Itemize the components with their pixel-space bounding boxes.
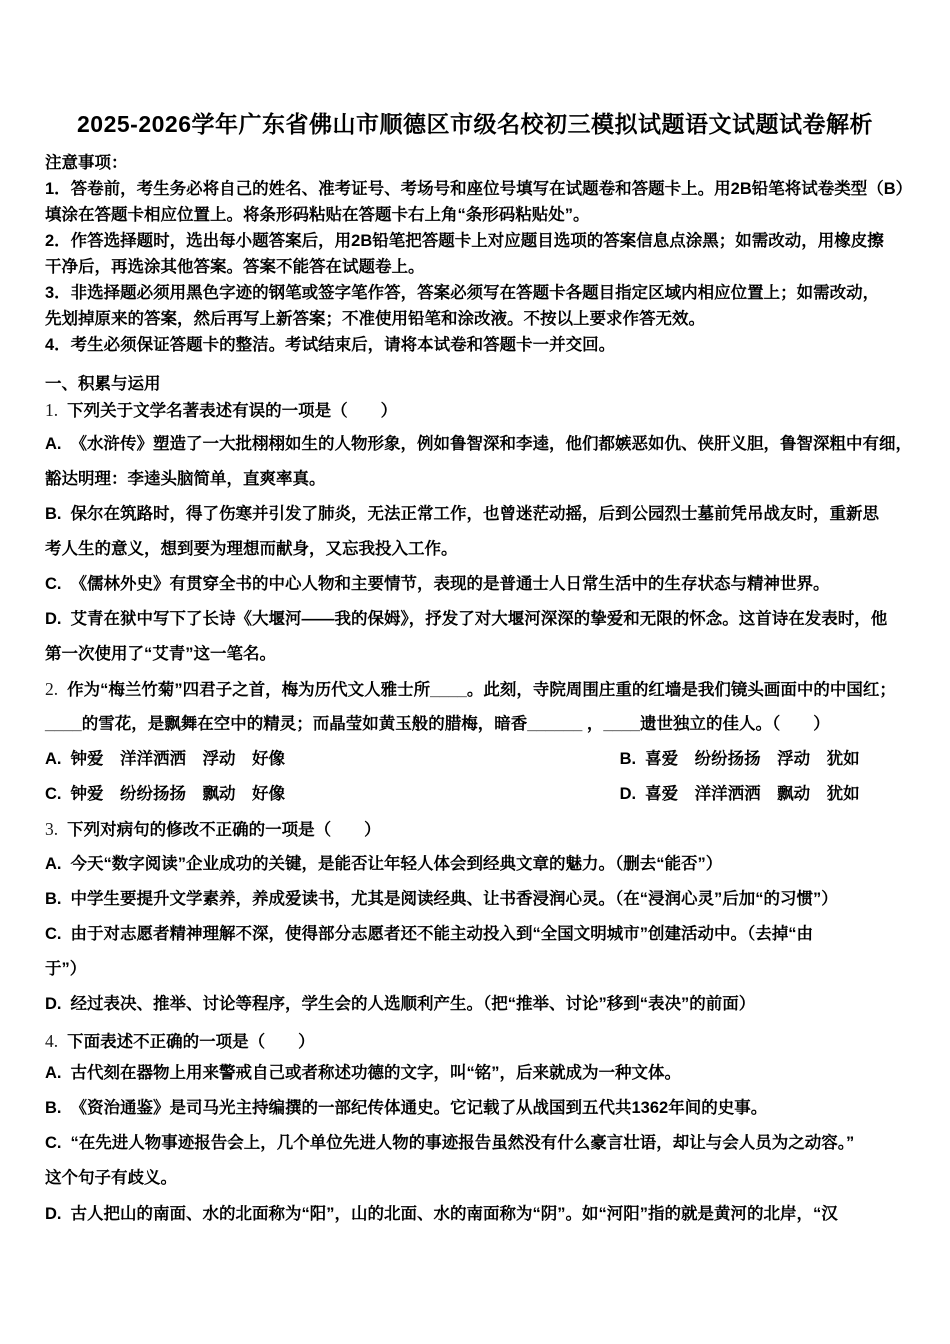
- q4-option-c-cont: 这个句子有歧义。: [45, 1167, 913, 1189]
- q4-option-b: B.《资治通鉴》是司马光主持编撰的一部纪传体通史。它记载了从战国到五代共1362…: [45, 1097, 913, 1119]
- q4-option-c-tag: C.: [45, 1132, 62, 1154]
- exam-title: 2025-2026学年广东省佛山市顺德区市级名校初三模拟试题语文试题试卷解析: [0, 106, 950, 139]
- q3-option-c-tag: C.: [45, 923, 62, 945]
- question-3-stem-text: 下列对病句的修改不正确的一项是（ ）: [67, 821, 381, 839]
- q2-option-d-tag: D.: [620, 783, 637, 805]
- notice-heading: 注意事项：: [45, 152, 913, 174]
- q4-option-a: A.古代刻在器物上用来警戒自己或者称述功德的文字，叫“铭”，后来就成为一种文体。: [45, 1062, 913, 1084]
- q2-option-b-text: 喜爱 纷纷扬扬 浮动 犹如: [645, 750, 860, 768]
- q1-option-b: B.保尔在筑路时，得了伤寒并引发了肺炎，无法正常工作，也曾迷茫动摇，后到公园烈士…: [45, 503, 913, 525]
- q1-option-a-text: 《水浒传》塑造了一大批栩栩如生的人物形象，例如鲁智深和李逵，他们都嫉恶如仇、侠肝…: [71, 435, 913, 453]
- section-heading: 一、积累与运用: [45, 373, 913, 395]
- notice-line-2: 填涂在答题卡相应位置上。将条形码粘贴在答题卡右上角“条形码粘贴处”。: [45, 204, 913, 226]
- q1-option-d: D.艾青在狱中写下了长诗《大堰河——我的保姆》，抒发了对大堰河深深的挚爱和无限的…: [45, 608, 913, 630]
- question-4-number: 4.: [45, 1030, 58, 1052]
- q1-option-d-tag: D.: [45, 608, 62, 630]
- notice-line-4: 干净后，再选涂其他答案。答案不能答在试题卷上。: [45, 256, 913, 278]
- q2-options-row-2: C.钟爱 纷纷扬扬 飘动 好像 D.喜爱 洋洋洒洒 飘动 犹如: [45, 783, 913, 805]
- q1-option-c-text: 《儒林外史》有贯穿全书的中心人物和主要情节，表现的是普通士人日常生活中的生存状态…: [71, 575, 830, 593]
- q3-option-b-text: 中学生要提升文学素养，养成爱读书，尤其是阅读经典、让书香浸润心灵。（在“浸润心灵…: [71, 890, 838, 908]
- q4-option-a-text: 古代刻在器物上用来警戒自己或者称述功德的文字，叫“铭”，后来就成为一种文体。: [71, 1064, 682, 1082]
- q3-option-c-cont: 于”）: [45, 958, 913, 980]
- notice-line-3: 2．作答选择题时，选出每小题答案后，用2B铅笔把答题卡上对应题目选项的答案信息点…: [45, 230, 913, 252]
- notice-line-5: 3．非选择题必须用黑色字迹的钢笔或签字笔作答，答案必须写在答题卡各题目指定区域内…: [45, 282, 913, 304]
- q2-option-d-text: 喜爱 洋洋洒洒 飘动 犹如: [645, 785, 860, 803]
- q3-option-d-text: 经过表决、推举、讨论等程序，学生会的人选顺利产生。（把“推举、讨论”移到“表决”…: [71, 995, 756, 1013]
- q3-option-a-text: 今天“数字阅读”企业成功的关键，是能否让年轻人体会到经典文章的魅力。（删去“能否…: [71, 855, 723, 873]
- q1-option-b-tag: B.: [45, 503, 62, 525]
- q4-option-b-tag: B.: [45, 1097, 62, 1119]
- question-4-stem: 4.下面表述不正确的一项是（ ）: [45, 1030, 913, 1053]
- q2-option-d: D.喜爱 洋洋洒洒 飘动 犹如: [620, 783, 860, 805]
- q2-option-a-tag: A.: [45, 748, 62, 770]
- q1-option-b-text: 保尔在筑路时，得了伤寒并引发了肺炎，无法正常工作，也曾迷茫动摇，后到公园烈士墓前…: [71, 505, 880, 523]
- q4-option-b-text: 《资治通鉴》是司马光主持编撰的一部纪传体通史。它记载了从战国到五代共1362年间…: [71, 1099, 768, 1117]
- q4-option-c-text: “在先进人物事迹报告会上，几个单位先进人物的事迹报告虽然没有什么豪言壮语，却让与…: [71, 1134, 855, 1152]
- q2-options-row-1: A.钟爱 洋洋洒洒 浮动 好像 B.喜爱 纷纷扬扬 浮动 犹如: [45, 748, 913, 770]
- notice-line-1: 1．答卷前，考生务必将自己的姓名、准考证号、考场号和座位号填写在试题卷和答题卡上…: [45, 178, 913, 200]
- exam-paper-page: 2025-2026学年广东省佛山市顺德区市级名校初三模拟试题语文试题试卷解析 注…: [0, 0, 950, 1344]
- q1-option-a: A.《水浒传》塑造了一大批栩栩如生的人物形象，例如鲁智深和李逵，他们都嫉恶如仇、…: [45, 433, 913, 455]
- q3-option-a-tag: A.: [45, 853, 62, 875]
- q3-option-c-text: 由于对志愿者精神理解不深，使得部分志愿者还不能主动投入到“全国文明城市”创建活动…: [71, 925, 814, 943]
- q3-option-a: A.今天“数字阅读”企业成功的关键，是能否让年轻人体会到经典文章的魅力。（删去“…: [45, 853, 913, 875]
- question-3-number: 3.: [45, 818, 58, 840]
- question-2-number: 2.: [45, 678, 58, 700]
- question-1-stem-text: 下列关于文学名著表述有误的一项是（ ）: [67, 402, 397, 420]
- q2-option-b-tag: B.: [620, 748, 637, 770]
- q1-option-a-cont: 豁达明理：李逵头脑简单，直爽率真。: [45, 468, 913, 490]
- q4-option-d: D.古人把山的南面、水的北面称为“阳”，山的北面、水的南面称为“阴”。如“河阳”…: [45, 1203, 913, 1225]
- notice-line-7: 4．考生必须保证答题卡的整洁。考试结束后，请将本试卷和答题卡一并交回。: [45, 334, 913, 356]
- question-1-stem: 1.下列关于文学名著表述有误的一项是（ ）: [45, 399, 913, 422]
- q2-option-c-text: 钟爱 纷纷扬扬 飘动 好像: [71, 785, 286, 803]
- question-2-stem-text: 作为“梅兰竹菊”四君子之首，梅为历代文人雅士所____。此刻，寺院周围庄重的红墙…: [67, 681, 896, 699]
- q2-option-a: A.钟爱 洋洋洒洒 浮动 好像: [45, 748, 285, 770]
- q4-option-d-text: 古人把山的南面、水的北面称为“阳”，山的北面、水的南面称为“阴”。如“河阳”指的…: [71, 1205, 838, 1223]
- question-4-stem-text: 下面表述不正确的一项是（ ）: [67, 1033, 315, 1051]
- q2-option-c-tag: C.: [45, 783, 62, 805]
- q3-option-d: D.经过表决、推举、讨论等程序，学生会的人选顺利产生。（把“推举、讨论”移到“表…: [45, 993, 913, 1015]
- q1-option-a-tag: A.: [45, 433, 62, 455]
- q1-option-d-cont: 第一次使用了“艾青”这一笔名。: [45, 643, 913, 665]
- q2-option-b: B.喜爱 纷纷扬扬 浮动 犹如: [620, 748, 860, 770]
- q3-option-d-tag: D.: [45, 993, 62, 1015]
- q4-option-d-tag: D.: [45, 1203, 62, 1225]
- q1-option-c-tag: C.: [45, 573, 62, 595]
- notice-line-6: 先划掉原来的答案，然后再写上新答案；不准使用铅笔和涂改液。不按以上要求作答无效。: [45, 308, 913, 330]
- q4-option-c: C.“在先进人物事迹报告会上，几个单位先进人物的事迹报告虽然没有什么豪言壮语，却…: [45, 1132, 913, 1154]
- q3-option-c: C.由于对志愿者精神理解不深，使得部分志愿者还不能主动投入到“全国文明城市”创建…: [45, 923, 913, 945]
- q3-option-b-tag: B.: [45, 888, 62, 910]
- question-3-stem: 3.下列对病句的修改不正确的一项是（ ）: [45, 818, 913, 841]
- question-1-number: 1.: [45, 399, 58, 421]
- q2-option-a-text: 钟爱 洋洋洒洒 浮动 好像: [71, 750, 286, 768]
- question-2-stem: 2.作为“梅兰竹菊”四君子之首，梅为历代文人雅士所____。此刻，寺院周围庄重的…: [45, 678, 913, 701]
- q4-option-a-tag: A.: [45, 1062, 62, 1084]
- q2-option-c: C.钟爱 纷纷扬扬 飘动 好像: [45, 783, 285, 805]
- q1-option-c: C.《儒林外史》有贯穿全书的中心人物和主要情节，表现的是普通士人日常生活中的生存…: [45, 573, 913, 595]
- q3-option-b: B.中学生要提升文学素养，养成爱读书，尤其是阅读经典、让书香浸润心灵。（在“浸润…: [45, 888, 913, 910]
- question-2-stem-cont: ____的雪花，是飘舞在空中的精灵；而晶莹如黄玉般的腊梅，暗香______ ，_…: [45, 713, 913, 735]
- q1-option-d-text: 艾青在狱中写下了长诗《大堰河——我的保姆》，抒发了对大堰河深深的挚爱和无限的怀念…: [71, 610, 888, 628]
- q1-option-b-cont: 考人生的意义，想到要为理想而献身，又忘我投入工作。: [45, 538, 913, 560]
